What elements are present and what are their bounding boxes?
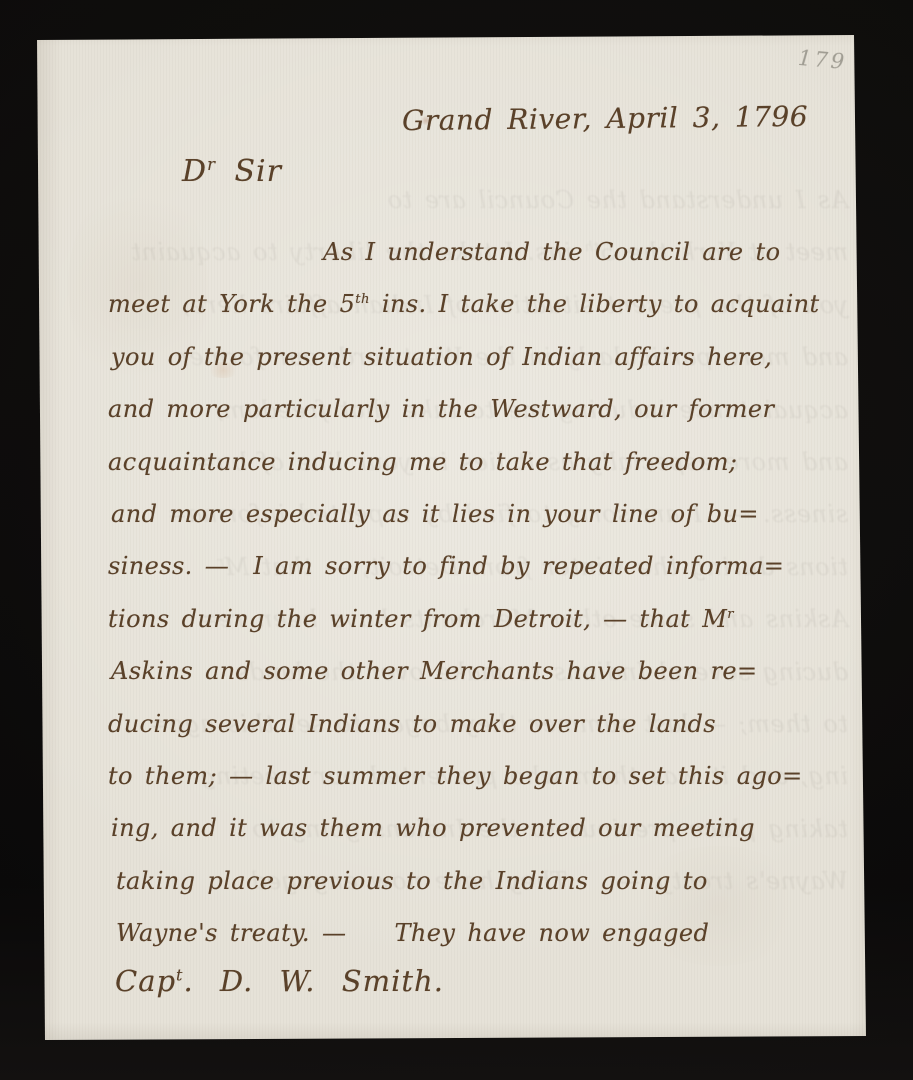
letter-line: and more particularly in the Westward, o…	[108, 383, 864, 435]
letter-text-layer: Grand River, April 3, 1796 Dr Sir As I u…	[28, 26, 876, 1044]
letter-dateline: Grand River, April 3, 1796	[402, 100, 808, 137]
letter-line: you of the present situation of Indian a…	[111, 331, 864, 383]
letter-line: ing, and it was them who prevented our m…	[111, 802, 864, 854]
letter-body: As I understand the Council are tomeet a…	[108, 226, 864, 960]
letter-line: acquaintance inducing me to take that fr…	[108, 436, 864, 488]
letter-line: Wayne's treaty. — They have now engaged	[116, 907, 864, 959]
letter-line: ducing several Indians to make over the …	[108, 698, 864, 750]
letter-line: meet at York the 5th ins. I take the lib…	[108, 278, 864, 330]
folio-number-pencil: 179	[797, 46, 848, 74]
letter-page: As I understand the Council are tomeet a…	[28, 26, 876, 1044]
letter-line: As I understand the Council are to	[108, 226, 864, 278]
letter-line: siness. — I am sorry to find by repeated…	[108, 540, 864, 592]
letter-addressee: Capt. D. W. Smith.	[115, 964, 444, 998]
photo-mat: As I understand the Council are tomeet a…	[0, 0, 913, 1080]
letter-line: Askins and some other Merchants have bee…	[111, 645, 864, 697]
letter-line: and more especially as it lies in your l…	[111, 488, 864, 540]
letter-line: to them; — last summer they began to set…	[108, 750, 864, 802]
letter-line: tions during the winter from Detroit, — …	[108, 593, 864, 645]
letter-salutation: Dr Sir	[182, 154, 282, 189]
letter-line: taking place previous to the Indians goi…	[116, 855, 864, 907]
